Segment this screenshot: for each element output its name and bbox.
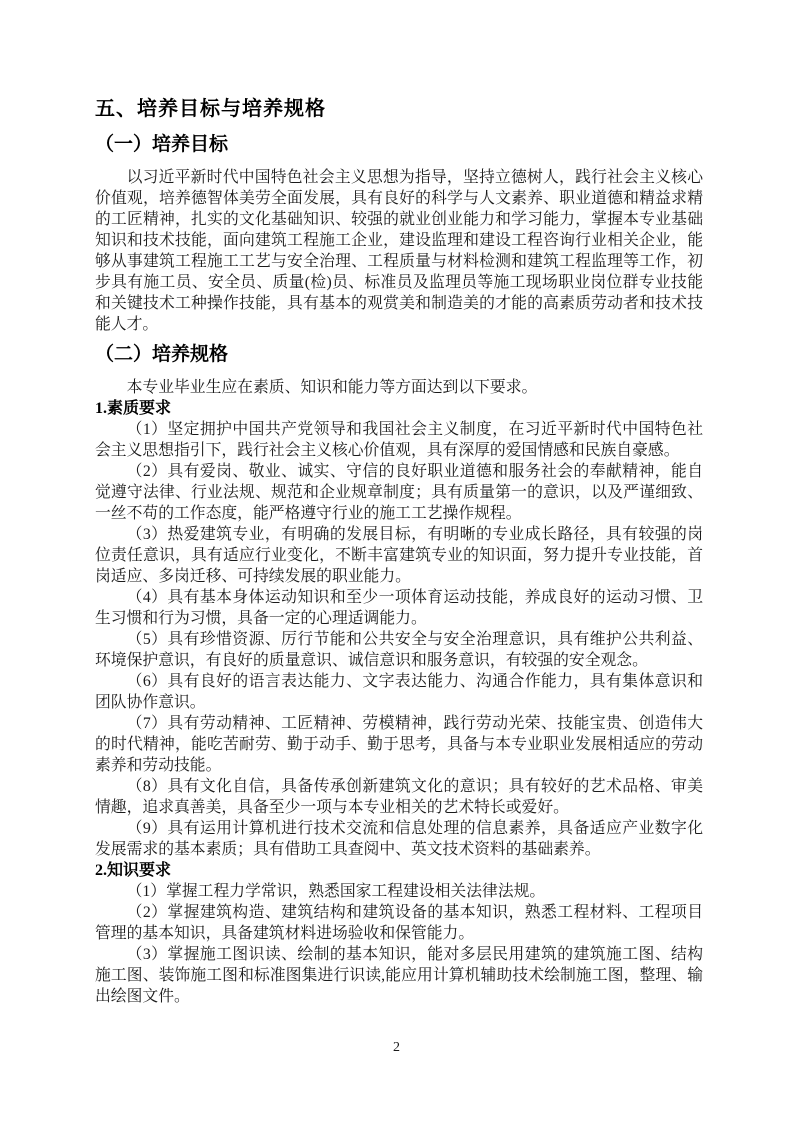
spec-section-heading: （二）培养规格 [95,342,703,368]
knowledge-item-2: （2）掌握建筑构造、建筑结构和建筑设备的基本知识，熟悉工程材料、工程项目管理的基… [95,902,703,944]
chapter-heading: 五、培养目标与培养规格 [95,96,703,123]
quality-item-2: （2）具有爱岗、敬业、诚实、守信的良好职业道德和服务社会的奉献精神，能自觉遵守法… [95,461,703,524]
spec-intro-paragraph: 本专业毕业生应在素质、知识和能力等方面达到以下要求。 [95,377,703,398]
quality-item-3: （3）热爱建筑专业，有明确的发展目标，有明晰的专业成长路径，具有较强的岗位责任意… [95,524,703,587]
quality-requirements-heading: 1.素质要求 [95,398,703,419]
knowledge-item-3: （3）掌握施工图识读、绘制的基本知识，能对多层民用建筑的建筑施工图、结构施工图、… [95,944,703,1007]
document-page: 五、培养目标与培养规格 （一）培养目标 以习近平新时代中国特色社会主义思想为指导… [0,0,793,1122]
quality-item-7: （7）具有劳动精神、工匠精神、劳模精神，践行劳动光荣、技能宝贵、创造伟大的时代精… [95,713,703,776]
quality-item-4: （4）具有基本身体运动知识和至少一项体育运动技能，养成良好的运动习惯、卫生习惯和… [95,587,703,629]
page-number: 2 [0,1040,793,1056]
quality-item-1: （1）坚定拥护中国共产党领导和我国社会主义制度，在习近平新时代中国特色社会主义思… [95,419,703,461]
quality-item-8: （8）具有文化自信，具备传承创新建筑文化的意识；具有较好的艺术品格、审美情趣，追… [95,776,703,818]
knowledge-item-1: （1）掌握工程力学常识，熟悉国家工程建设相关法律法规。 [95,881,703,902]
quality-item-5: （5）具有珍惜资源、厉行节能和公共安全与安全治理意识，具有维护公共利益、环境保护… [95,629,703,671]
objective-section-heading: （一）培养目标 [95,132,703,158]
quality-item-9: （9）具有运用计算机进行技术交流和信息处理的信息素养，具备适应产业数字化发展需求… [95,818,703,860]
knowledge-requirements-heading: 2.知识要求 [95,860,703,881]
objective-paragraph: 以习近平新时代中国特色社会主义思想为指导，坚持立德树人，践行社会主义核心价值观，… [95,167,703,335]
quality-item-6: （6）具有良好的语言表达能力、文字表达能力、沟通合作能力，具有集体意识和团队协作… [95,671,703,713]
